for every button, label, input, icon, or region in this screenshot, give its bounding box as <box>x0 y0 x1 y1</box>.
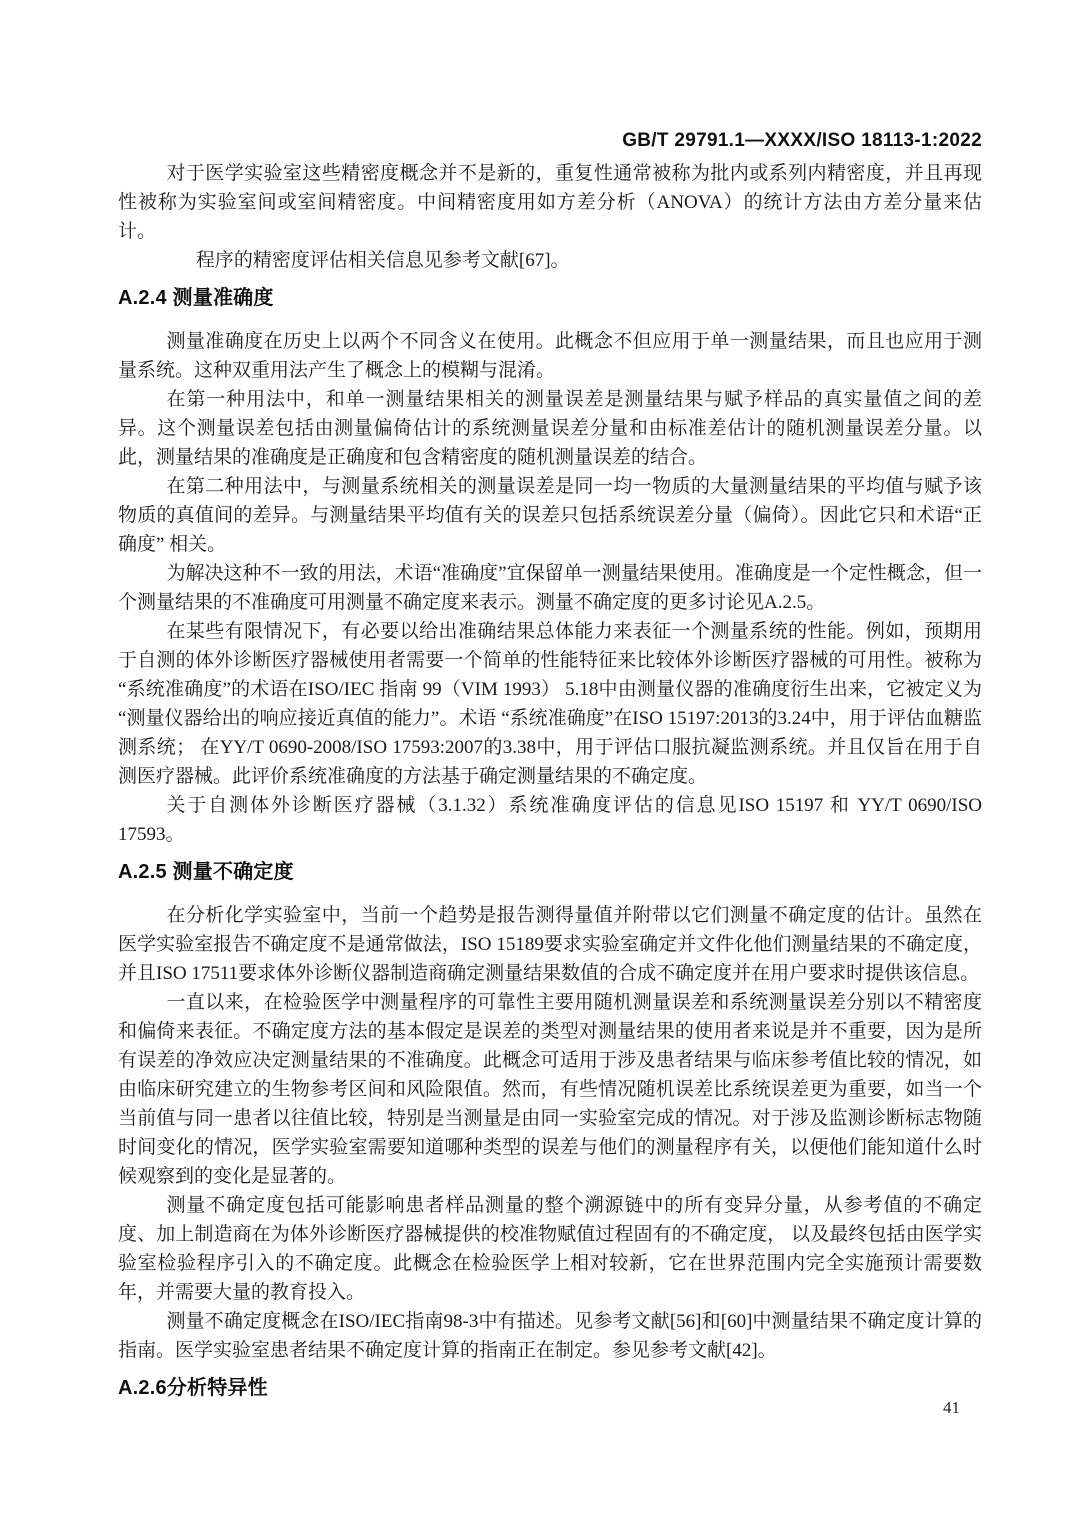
a25-paragraph-1: 在分析化学实验室中，当前一个趋势是报告测得量值并附带以它们测量不确定度的估计。虽… <box>118 901 982 988</box>
document-page: GB/T 29791.1—XXXX/ISO 18113-1:2022 对于医学实… <box>0 0 1080 1527</box>
a24-paragraph-3: 在第二种用法中，与测量系统相关的测量误差是同一均一物质的大量测量结果的平均值与赋… <box>118 472 982 559</box>
page-number: 41 <box>943 1398 960 1418</box>
section-heading-a24: A.2.4 测量准确度 <box>118 284 982 313</box>
section-heading-a26: A.2.6分析特异性 <box>118 1374 982 1403</box>
a24-paragraph-2: 在第一种用法中，和单一测量结果相关的测量误差是测量结果与赋予样品的真实量值之间的… <box>118 385 982 472</box>
a24-paragraph-4: 为解决这种不一致的用法，术语“准确度”宜保留单一测量结果使用。准确度是一个定性概… <box>118 559 982 617</box>
page-body: GB/T 29791.1—XXXX/ISO 18113-1:2022 对于医学实… <box>0 0 1080 1403</box>
a25-paragraph-4: 测量不确定度概念在ISO/IEC指南98-3中有描述。见参考文献[56]和[60… <box>118 1307 982 1365</box>
intro-paragraph-reference-note: 程序的精密度评估相关信息见参考文献[67]。 <box>118 246 982 275</box>
section-heading-a25: A.2.5 测量不确定度 <box>118 858 982 887</box>
a25-paragraph-3: 测量不确定度包括可能影响患者样品测量的整个溯源链中的所有变异分量，从参考值的不确… <box>118 1191 982 1307</box>
intro-paragraph-precision: 对于医学实验室这些精密度概念并不是新的，重复性通常被称为批内或系列内精密度，并且… <box>118 159 982 246</box>
a25-paragraph-2: 一直以来，在检验医学中测量程序的可靠性主要用随机测量误差和系统测量误差分别以不精… <box>118 988 982 1191</box>
running-header-document-number: GB/T 29791.1—XXXX/ISO 18113-1:2022 <box>118 130 982 152</box>
a24-paragraph-5: 在某些有限情况下，有必要以给出准确结果总体能力来表征一个测量系统的性能。例如，预… <box>118 617 982 791</box>
a24-paragraph-6: 关于自测体外诊断医疗器械（3.1.32）系统准确度评估的信息见ISO 15197… <box>118 791 982 849</box>
a24-paragraph-1: 测量准确度在历史上以两个不同含义在使用。此概念不但应用于单一测量结果，而且也应用… <box>118 327 982 385</box>
